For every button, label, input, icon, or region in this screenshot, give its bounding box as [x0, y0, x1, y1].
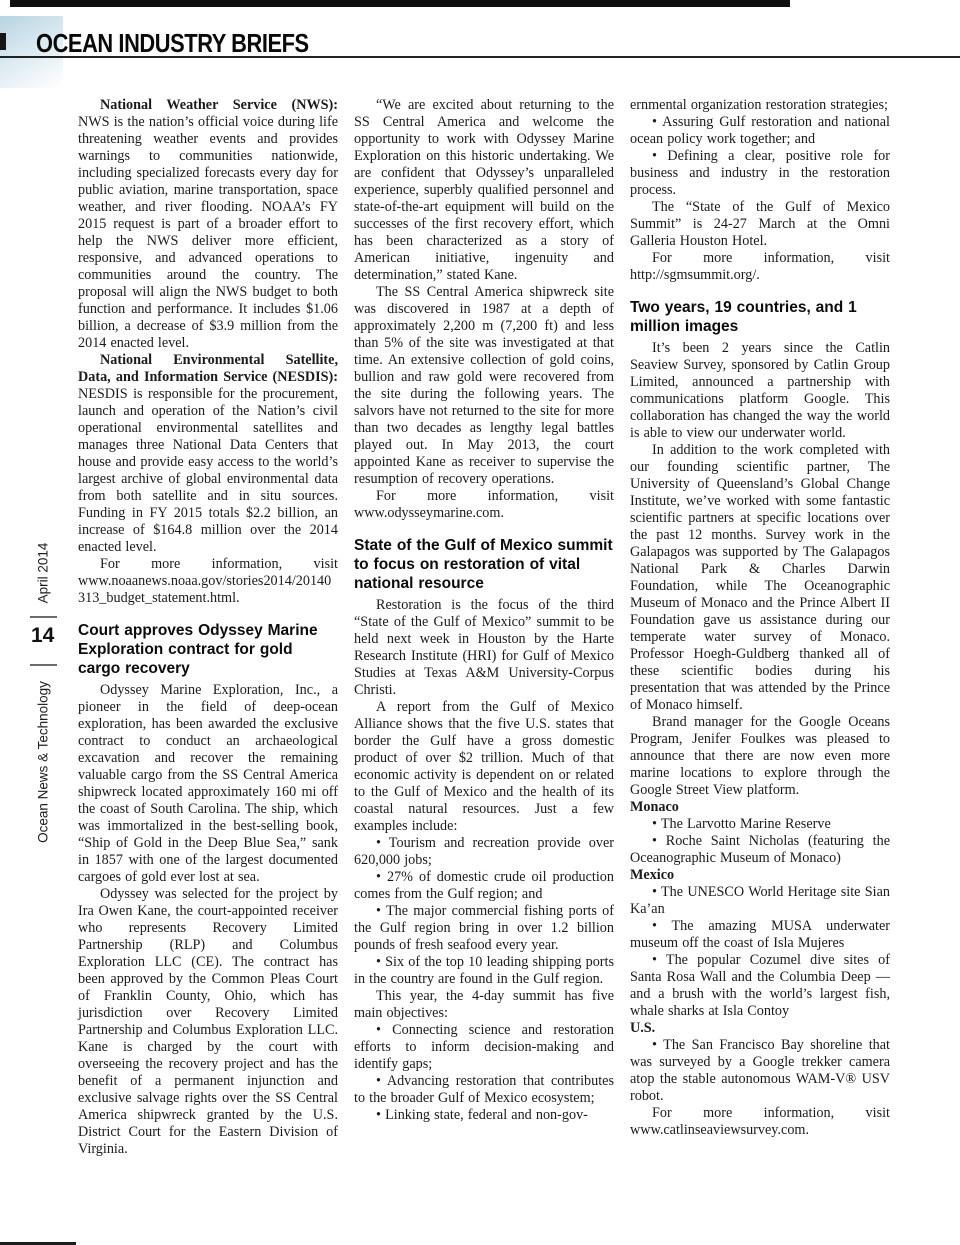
paragraph: Brand manager for the Google Oceans Prog…	[630, 714, 890, 799]
sidebar-magazine-title: Ocean News & Technology	[36, 681, 51, 843]
bullet-item: • Roche Saint Nicholas (featuring the Oc…	[630, 833, 890, 867]
paragraph: ernmental organization restoration strat…	[630, 97, 890, 114]
section-heading: Court approves Odyssey Marine Exploratio…	[78, 621, 338, 678]
group-label: Monaco	[630, 799, 890, 816]
paragraph: The SS Central America shipwreck site wa…	[354, 284, 614, 488]
group-label: U.S.	[630, 1020, 890, 1037]
column-1: National Weather Service (NWS): NWS is t…	[78, 97, 338, 1158]
bullet-item: • The San Francisco Bay shoreline that w…	[630, 1037, 890, 1105]
column-2: “We are excited about returning to the S…	[354, 97, 614, 1158]
paragraph: National Environmental Satellite, Data, …	[78, 352, 338, 556]
paragraph: “We are excited about returning to the S…	[354, 97, 614, 284]
bullet-item: • The amazing MUSA underwater museum off…	[630, 918, 890, 952]
paragraph: For more information, visit www.noaanews…	[78, 556, 338, 607]
bullet-item: • Tourism and recreation provide over 62…	[354, 835, 614, 869]
paragraph: The “State of the Gulf of Mexico Summit”…	[630, 199, 890, 250]
section-heading: State of the Gulf of Mexico summit to fo…	[354, 536, 614, 593]
content-columns: National Weather Service (NWS): NWS is t…	[78, 97, 890, 1158]
bullet-item: • Six of the top 10 leading shipping por…	[354, 954, 614, 988]
sidebar-divider-top	[30, 616, 57, 618]
column-3: ernmental organization restoration strat…	[630, 97, 890, 1158]
bullet-item: • Linking state, federal and non-gov-	[354, 1107, 614, 1124]
bullet-item: • Connecting science and restoration eff…	[354, 1022, 614, 1073]
paragraph: Restoration is the focus of the third “S…	[354, 597, 614, 699]
magazine-page: { "page": { "header": { "title": "OCEAN …	[0, 0, 960, 1245]
paragraph: For more information, visit www.odysseym…	[354, 488, 614, 522]
section-heading: Two years, 19 countries, and 1 million i…	[630, 298, 890, 336]
sidebar-issue-date: April 2014	[36, 543, 51, 604]
paragraph: A report from the Gulf of Mexico Allianc…	[354, 699, 614, 835]
bullet-item: • The UNESCO World Heritage site Sian Ka…	[630, 884, 890, 918]
paragraph: In addition to the work completed with o…	[630, 442, 890, 714]
bullet-item: • 27% of domestic crude oil production c…	[354, 869, 614, 903]
bullet-item: • The major commercial fishing ports of …	[354, 903, 614, 954]
header-rule	[0, 56, 960, 58]
sidebar-page-number: 14	[31, 624, 54, 648]
bullet-item: • Advancing restoration that contributes…	[354, 1073, 614, 1107]
header-accent-tick	[0, 33, 6, 50]
paragraph-lead: National Weather Service (NWS):	[100, 97, 338, 113]
paragraph: Odyssey was selected for the project by …	[78, 886, 338, 1158]
bullet-item: • The popular Cozumel dive sites of Sant…	[630, 952, 890, 1020]
paragraph: For more information, visit www.catlinse…	[630, 1105, 890, 1139]
paragraph: This year, the 4-day summit has five mai…	[354, 988, 614, 1022]
paragraph: Odyssey Marine Exploration, Inc., a pion…	[78, 682, 338, 886]
paragraph: It’s been 2 years since the Catlin Seavi…	[630, 340, 890, 442]
bullet-item: • Assuring Gulf restoration and national…	[630, 114, 890, 148]
paragraph: For more information, visit http://sgmsu…	[630, 250, 890, 284]
bullet-item: • The Larvotto Marine Reserve	[630, 816, 890, 833]
paragraph-lead: National Environmental Satellite, Data, …	[78, 352, 338, 385]
group-label: Mexico	[630, 867, 890, 884]
top-edge-bar	[10, 0, 790, 7]
paragraph: National Weather Service (NWS): NWS is t…	[78, 97, 338, 352]
page-title: OCEAN INDUSTRY BRIEFS	[36, 30, 309, 56]
bullet-item: • Defining a clear, positive role for bu…	[630, 148, 890, 199]
sidebar-divider-bottom	[30, 664, 57, 666]
